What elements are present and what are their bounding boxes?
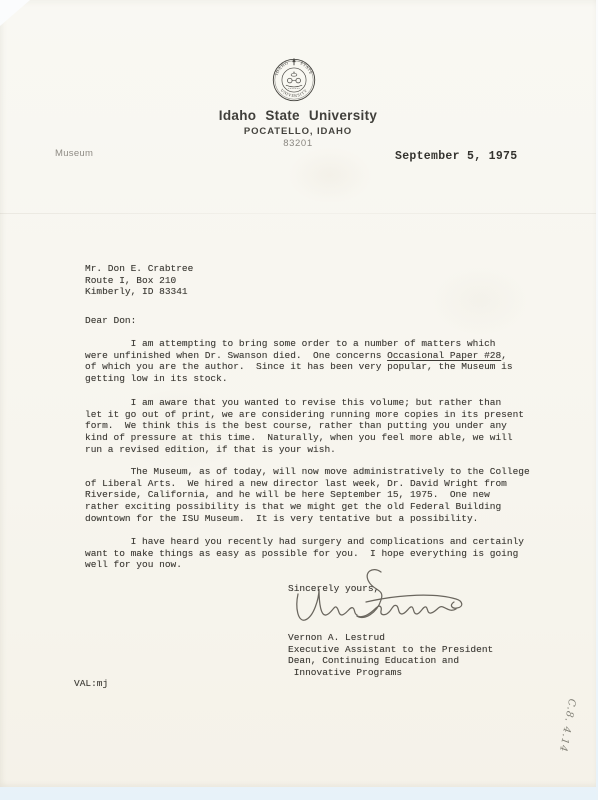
recipient-address: Mr. Don E. Crabtree Route I, Box 210 Kim…: [85, 263, 193, 298]
signature: [286, 566, 476, 641]
signer-block: Vernon A. Lestrud Executive Assistant to…: [288, 632, 493, 679]
fold-crease: [0, 213, 596, 214]
letterhead-university-name: Idaho State University: [0, 108, 596, 123]
letterhead-city: POCATELLO, IDAHO: [0, 126, 596, 137]
seal-emblem: [286, 72, 302, 89]
svg-text:STATE: STATE: [300, 60, 314, 75]
pencil-note: C.8. 4.14: [554, 681, 580, 770]
letter-page: IDAHO STATE UNIVERSITY Idaho State Unive…: [0, 0, 596, 787]
underlined-publication-title: Occasional Paper #28: [387, 350, 501, 361]
seal-text-state: STATE: [300, 60, 314, 75]
reference-initials: VAL:mj: [74, 678, 108, 690]
paragraph-1: I am attempting to bring some order to a…: [85, 338, 535, 385]
seal-text-idaho: IDAHO: [274, 60, 289, 76]
salutation: Dear Don:: [85, 315, 136, 327]
paragraph-2: I am aware that you wanted to revise thi…: [85, 397, 535, 456]
svg-text:IDAHO: IDAHO: [274, 60, 289, 76]
letterhead-department: Museum: [55, 148, 93, 159]
paragraph-3: The Museum, as of today, will now move a…: [85, 466, 535, 525]
letter-date: September 5, 1975: [395, 150, 517, 163]
university-seal-icon: IDAHO STATE UNIVERSITY: [271, 57, 317, 103]
